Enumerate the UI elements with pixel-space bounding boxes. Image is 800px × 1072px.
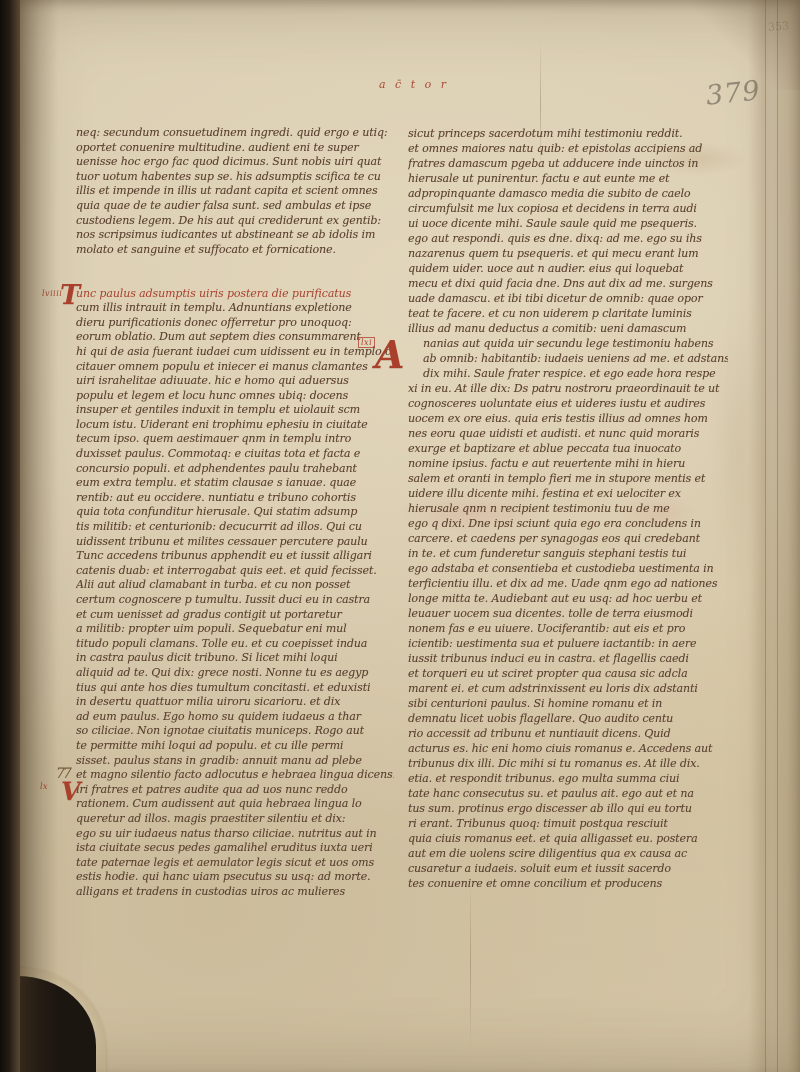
manuscript-line: longe mitta te. Audiebant aut eu usq: ad…	[408, 591, 728, 606]
manuscript-line: locum istu. Uiderant eni trophimu ephesi…	[76, 418, 394, 433]
manuscript-line: tecum ipso. quem aestimauer qnm in templ…	[76, 432, 394, 447]
manuscript-line: in castra paulus dicit tribuno. Si licet…	[76, 651, 394, 666]
manuscript-line: ego aut respondi. quis es dne. dixq: ad …	[408, 231, 728, 246]
manuscript-line: quia tota confunditur hierusale. Qui sta…	[76, 505, 394, 520]
manuscript-line: ad eum paulus. Ego homo su quidem iudaeu…	[76, 710, 394, 725]
manuscript-line: uidissent tribunu et milites cessauer pe…	[76, 535, 394, 550]
manuscript-line: hierusale qnm n recipient testimoniu tuu…	[408, 501, 728, 516]
manuscript-line: iussit tribunus induci eu in castra. et …	[408, 651, 728, 666]
manuscript-line: nazarenus quem tu psequeris. et qui mecu…	[408, 246, 728, 261]
manuscript-line: citauer omnem populu et iniecer ei manus…	[76, 360, 394, 375]
manuscript-line: tes conuenire et omne concilium et produ…	[408, 876, 728, 891]
manuscript-line: exurge et baptizare et ablue peccata tua…	[408, 441, 728, 456]
manuscript-line: ego su uir iudaeus natus tharso ciliciae…	[76, 827, 394, 842]
manuscript-line: tis militib: et centurionib: decucurrit …	[76, 520, 394, 535]
manuscript-line: quidem uider. uoce aut n audier. eius qu…	[408, 261, 728, 276]
manuscript-line: acturus es. hic eni homo ciuis romanus e…	[408, 741, 728, 756]
manuscript-line: eorum oblatio. Dum aut septem dies consu…	[76, 330, 394, 345]
manuscript-line: cusaretur a iudaeis. soluit eum et iussi…	[408, 861, 728, 876]
manuscript-line: uenisse hoc ergo fac quod dicimus. Sunt …	[76, 155, 394, 170]
manuscript-line: rio accessit ad tribunu et nuntiauit dic…	[408, 726, 728, 741]
manuscript-line: so ciliciae. Non ignotae ciuitatis munic…	[76, 724, 394, 739]
manuscript-line: sibi centurioni paulus. Si homine romanu…	[408, 696, 728, 711]
manuscript-line: Tunc accedens tribunus apphendit eu et i…	[76, 549, 394, 564]
manuscript-line: nomine ipsius. factu e aut reuertente mi…	[408, 456, 728, 471]
page-edge-line	[777, 0, 778, 1072]
manuscript-line: nanias aut quida uir secundu lege testim…	[408, 336, 728, 351]
manuscript-line: sicut princeps sacerdotum mihi testimoni…	[408, 126, 728, 141]
manuscript-line: marent ei. et cum adstrinxissent eu lori…	[408, 681, 728, 696]
manuscript-line: et cum uenisset ad gradus contigit ut po…	[76, 608, 394, 623]
manuscript-line: titudo populi clamans. Tolle eu. et cu c…	[76, 637, 394, 652]
manuscript-line: rentib: aut eu occidere. nuntiatu e trib…	[76, 491, 394, 506]
rubric-initial-T: T	[60, 280, 80, 311]
manuscript-line: aut em die uolens scire diligentius qua …	[408, 846, 728, 861]
manuscript-line: xi in eu. At ille dix: Ds patru nostroru…	[408, 381, 728, 396]
margin-chapter-number-3: lxi	[358, 337, 375, 348]
manuscript-line: aliquid ad te. Qui dix: grece nosti. Non…	[76, 666, 394, 681]
manuscript-line: icientib: uestimenta sua et puluere iact…	[408, 636, 728, 651]
manuscript-line: custodiens legem. De his aut qui credide…	[76, 214, 394, 229]
manuscript-line: oportet conuenire multitudine. audient e…	[76, 141, 394, 156]
manuscript-line: ui uoce dicente mihi. Saule saule quid m…	[408, 216, 728, 231]
manuscript-line: terficientiu illu. et dix ad me. Uade qn…	[408, 576, 728, 591]
manuscript-line: rationem. Cum audissent aut quia hebraea…	[76, 797, 394, 812]
manuscript-line: circumfulsit me lux copiosa et decidens …	[408, 201, 728, 216]
manuscript-line: concursio populi. et adphendentes paulu …	[76, 462, 394, 477]
manuscript-line: mecu et dixi quid facia dne. Dns aut dix…	[408, 276, 728, 291]
manuscript-line: nos scripsimus iudicantes ut abstineant …	[76, 228, 394, 243]
manuscript-line: in te. et cum funderetur sanguis stephan…	[408, 546, 728, 561]
manuscript-line: catenis duab: et interrogabat quis eet. …	[76, 564, 394, 579]
manuscript-line: populu et legem et locu hunc omnes ubiq:…	[76, 389, 394, 404]
manuscript-line: a militib: propter uim populi. Sequebatu…	[76, 622, 394, 637]
crease-line	[470, 880, 471, 1050]
manuscript-line: adpropinquante damasco media die subito …	[408, 186, 728, 201]
manuscript-line: eum extra templu. et statim clausae s ia…	[76, 476, 394, 491]
manuscript-line	[76, 257, 394, 272]
manuscript-line: tus sum. protinus ergo discesser ab illo…	[408, 801, 728, 816]
running-title: a c̄ t o r	[354, 78, 474, 91]
manuscript-line: et magno silentio facto adlocutus e hebr…	[76, 768, 394, 783]
manuscript-line: queretur ad illos. magis praestiter sile…	[76, 812, 394, 827]
rubric-initial-A: A	[375, 332, 404, 377]
manuscript-line: carcere. et caedens per synagogas eos qu…	[408, 531, 728, 546]
corner-shading	[680, 0, 800, 90]
manuscript-line: dix mihi. Saule frater respice. et ego e…	[408, 366, 728, 381]
manuscript-line: cognosceres uoluntate eius et uideres iu…	[408, 396, 728, 411]
manuscript-line: ego adstaba et consentieba et custodieba…	[408, 561, 728, 576]
manuscript-line: teat te facere. et cu non uiderem p clar…	[408, 306, 728, 321]
manuscript-line: dieru purificationis donec offerretur pr…	[76, 316, 394, 331]
manuscript-line: leuauer uocem sua dicentes. tolle de ter…	[408, 606, 728, 621]
manuscript-line: et omnes maiores natu quib: et epistolas…	[408, 141, 728, 156]
manuscript-line: certum cognoscere p tumultu. Iussit duci…	[76, 593, 394, 608]
manuscript-line: salem et oranti in templo fieri me in st…	[408, 471, 728, 486]
manuscript-line: illius ad manu deductus a comitib: ueni …	[408, 321, 728, 336]
manuscript-line: uidere illu dicente mihi. festina et exi…	[408, 486, 728, 501]
manuscript-line: sisset. paulus stans in gradib: annuit m…	[76, 754, 394, 769]
manuscript-line: tius qui ante hos dies tumultum concitas…	[76, 681, 394, 696]
page-edge-line	[765, 0, 766, 1072]
text-column-left: neq: secundum consuetudinem ingredi. qui…	[76, 126, 394, 899]
manuscript-line: duxisset paulus. Commotaq: e ciuitas tot…	[76, 447, 394, 462]
manuscript-line: Alii aut aliud clamabant in turba. et cu…	[76, 578, 394, 593]
manuscript-line: etia. et respondit tribunus. ego multa s…	[408, 771, 728, 786]
manuscript-line: hi qui de asia fuerant iudaei cum uidiss…	[76, 345, 394, 360]
manuscript-line: hierusale ut punirentur. factu e aut eun…	[408, 171, 728, 186]
manuscript-line: illis et impende in illis ut radant capi…	[76, 184, 394, 199]
margin-nota-mark: 77	[56, 766, 70, 782]
gutter-shadow	[18, 0, 58, 1072]
book-binding-edge	[0, 0, 20, 1072]
manuscript-line: quia ciuis romanus eet. et quia alligass…	[408, 831, 728, 846]
manuscript-line: tate paternae legis et aemulator legis s…	[76, 856, 394, 871]
manuscript-line: unc paulus adsumptis uiris postera die p…	[76, 287, 394, 302]
manuscript-line: quia quae de te audier falsa sunt. sed a…	[76, 199, 394, 214]
manuscript-photo: a c̄ t o r 379 353 neq: secundum consuet…	[0, 0, 800, 1072]
manuscript-line	[76, 272, 394, 287]
manuscript-line: tuor uotum habentes sup se. his adsumpti…	[76, 170, 394, 185]
parchment-page: a c̄ t o r 379 353 neq: secundum consuet…	[18, 0, 800, 1072]
manuscript-line: molato et sanguine et suffocato et forni…	[76, 243, 394, 258]
manuscript-line: et torqueri eu ut sciret propter qua cau…	[408, 666, 728, 681]
manuscript-line: ab omnib: habitantib: iudaeis ueniens ad…	[408, 351, 728, 366]
manuscript-line: uade damascu. et ibi tibi dicetur de omn…	[408, 291, 728, 306]
manuscript-line: fratres damascum pgeba ut adducere inde …	[408, 156, 728, 171]
manuscript-line: ego q dixi. Dne ipsi sciunt quia ego era…	[408, 516, 728, 531]
manuscript-line: te permitte mihi loqui ad populu. et cu …	[76, 739, 394, 754]
manuscript-line: tribunus dix illi. Dic mihi si tu romanu…	[408, 756, 728, 771]
manuscript-line: alligans et tradens in custodias uiros a…	[76, 885, 394, 900]
manuscript-line: iri fratres et patres audite qua ad uos …	[76, 783, 394, 798]
manuscript-line: insuper et gentiles induxit in templu et…	[76, 403, 394, 418]
manuscript-line: ri erant. Tribunus quoq: timuit postqua …	[408, 816, 728, 831]
manuscript-line: demnatu licet uobis flagellare. Quo audi…	[408, 711, 728, 726]
manuscript-line: ista ciuitate secus pedes gamalihel erud…	[76, 841, 394, 856]
manuscript-line: in desertu quattuor milia uiroru sicario…	[76, 695, 394, 710]
manuscript-line: estis hodie. qui hanc uiam psecutus su u…	[76, 870, 394, 885]
manuscript-line: uiri israhelitae adiuuate. hic e homo qu…	[76, 374, 394, 389]
page-stack-edge	[748, 0, 800, 1072]
manuscript-line: nes eoru quae uidisti et audisti. et nun…	[408, 426, 728, 441]
manuscript-line: nonem fas e eu uiuere. Uociferantib: aut…	[408, 621, 728, 636]
manuscript-line: neq: secundum consuetudinem ingredi. qui…	[76, 126, 394, 141]
text-column-right: sicut princeps sacerdotum mihi testimoni…	[408, 126, 728, 891]
manuscript-line: uocem ex ore eius. quia eris testis illi…	[408, 411, 728, 426]
manuscript-line: tate hanc consecutus su. et paulus ait. …	[408, 786, 728, 801]
manuscript-line: cum illis intrauit in templu. Adnuntians…	[76, 301, 394, 316]
